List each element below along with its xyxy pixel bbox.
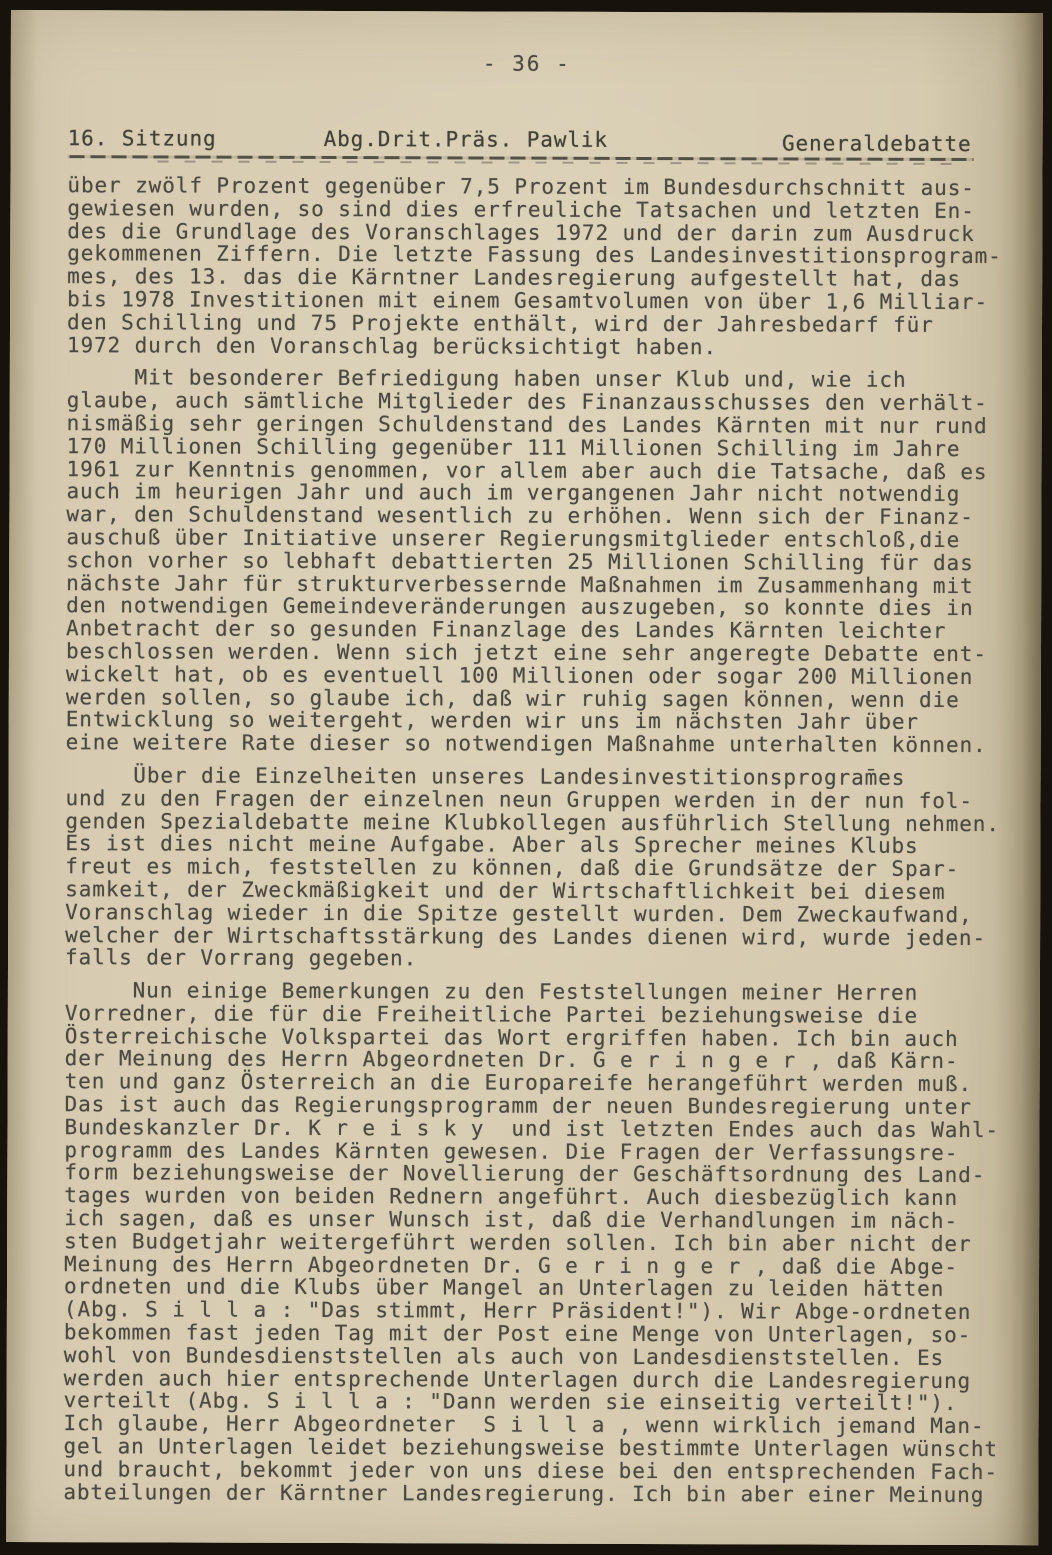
paragraph-3: Über die Einzelheiten unseres Landesinve…	[65, 764, 1011, 972]
header-section-label: Generaldebatte	[782, 131, 972, 156]
header-underline	[68, 155, 974, 161]
paragraph-2: Mit besonderer Befriedigung haben unser …	[66, 367, 1012, 758]
header-speaker-label: Abg.Drit.Präs. Pawlik	[324, 127, 608, 152]
paragraph-4: Nun einige Bemerkungen zu den Feststellu…	[63, 979, 1010, 1506]
scanned-page-background: { "document": { "page_number": "- 36 -",…	[0, 0, 1052, 1555]
transcript-body: über zwölf Prozent gegenüber 7,5 Prozent…	[63, 174, 1012, 1506]
page-header: 16. Sitzung Abg.Drit.Präs. Pawlik Genera…	[68, 116, 974, 161]
paragraph-1: über zwölf Prozent gegenüber 7,5 Prozent…	[67, 174, 1013, 359]
page-number: - 36 -	[11, 50, 1043, 77]
document-page: - 36 - 16. Sitzung Abg.Drit.Präs. Pawlik…	[6, 10, 1043, 1545]
header-session-label: 16. Sitzung	[68, 126, 217, 150]
